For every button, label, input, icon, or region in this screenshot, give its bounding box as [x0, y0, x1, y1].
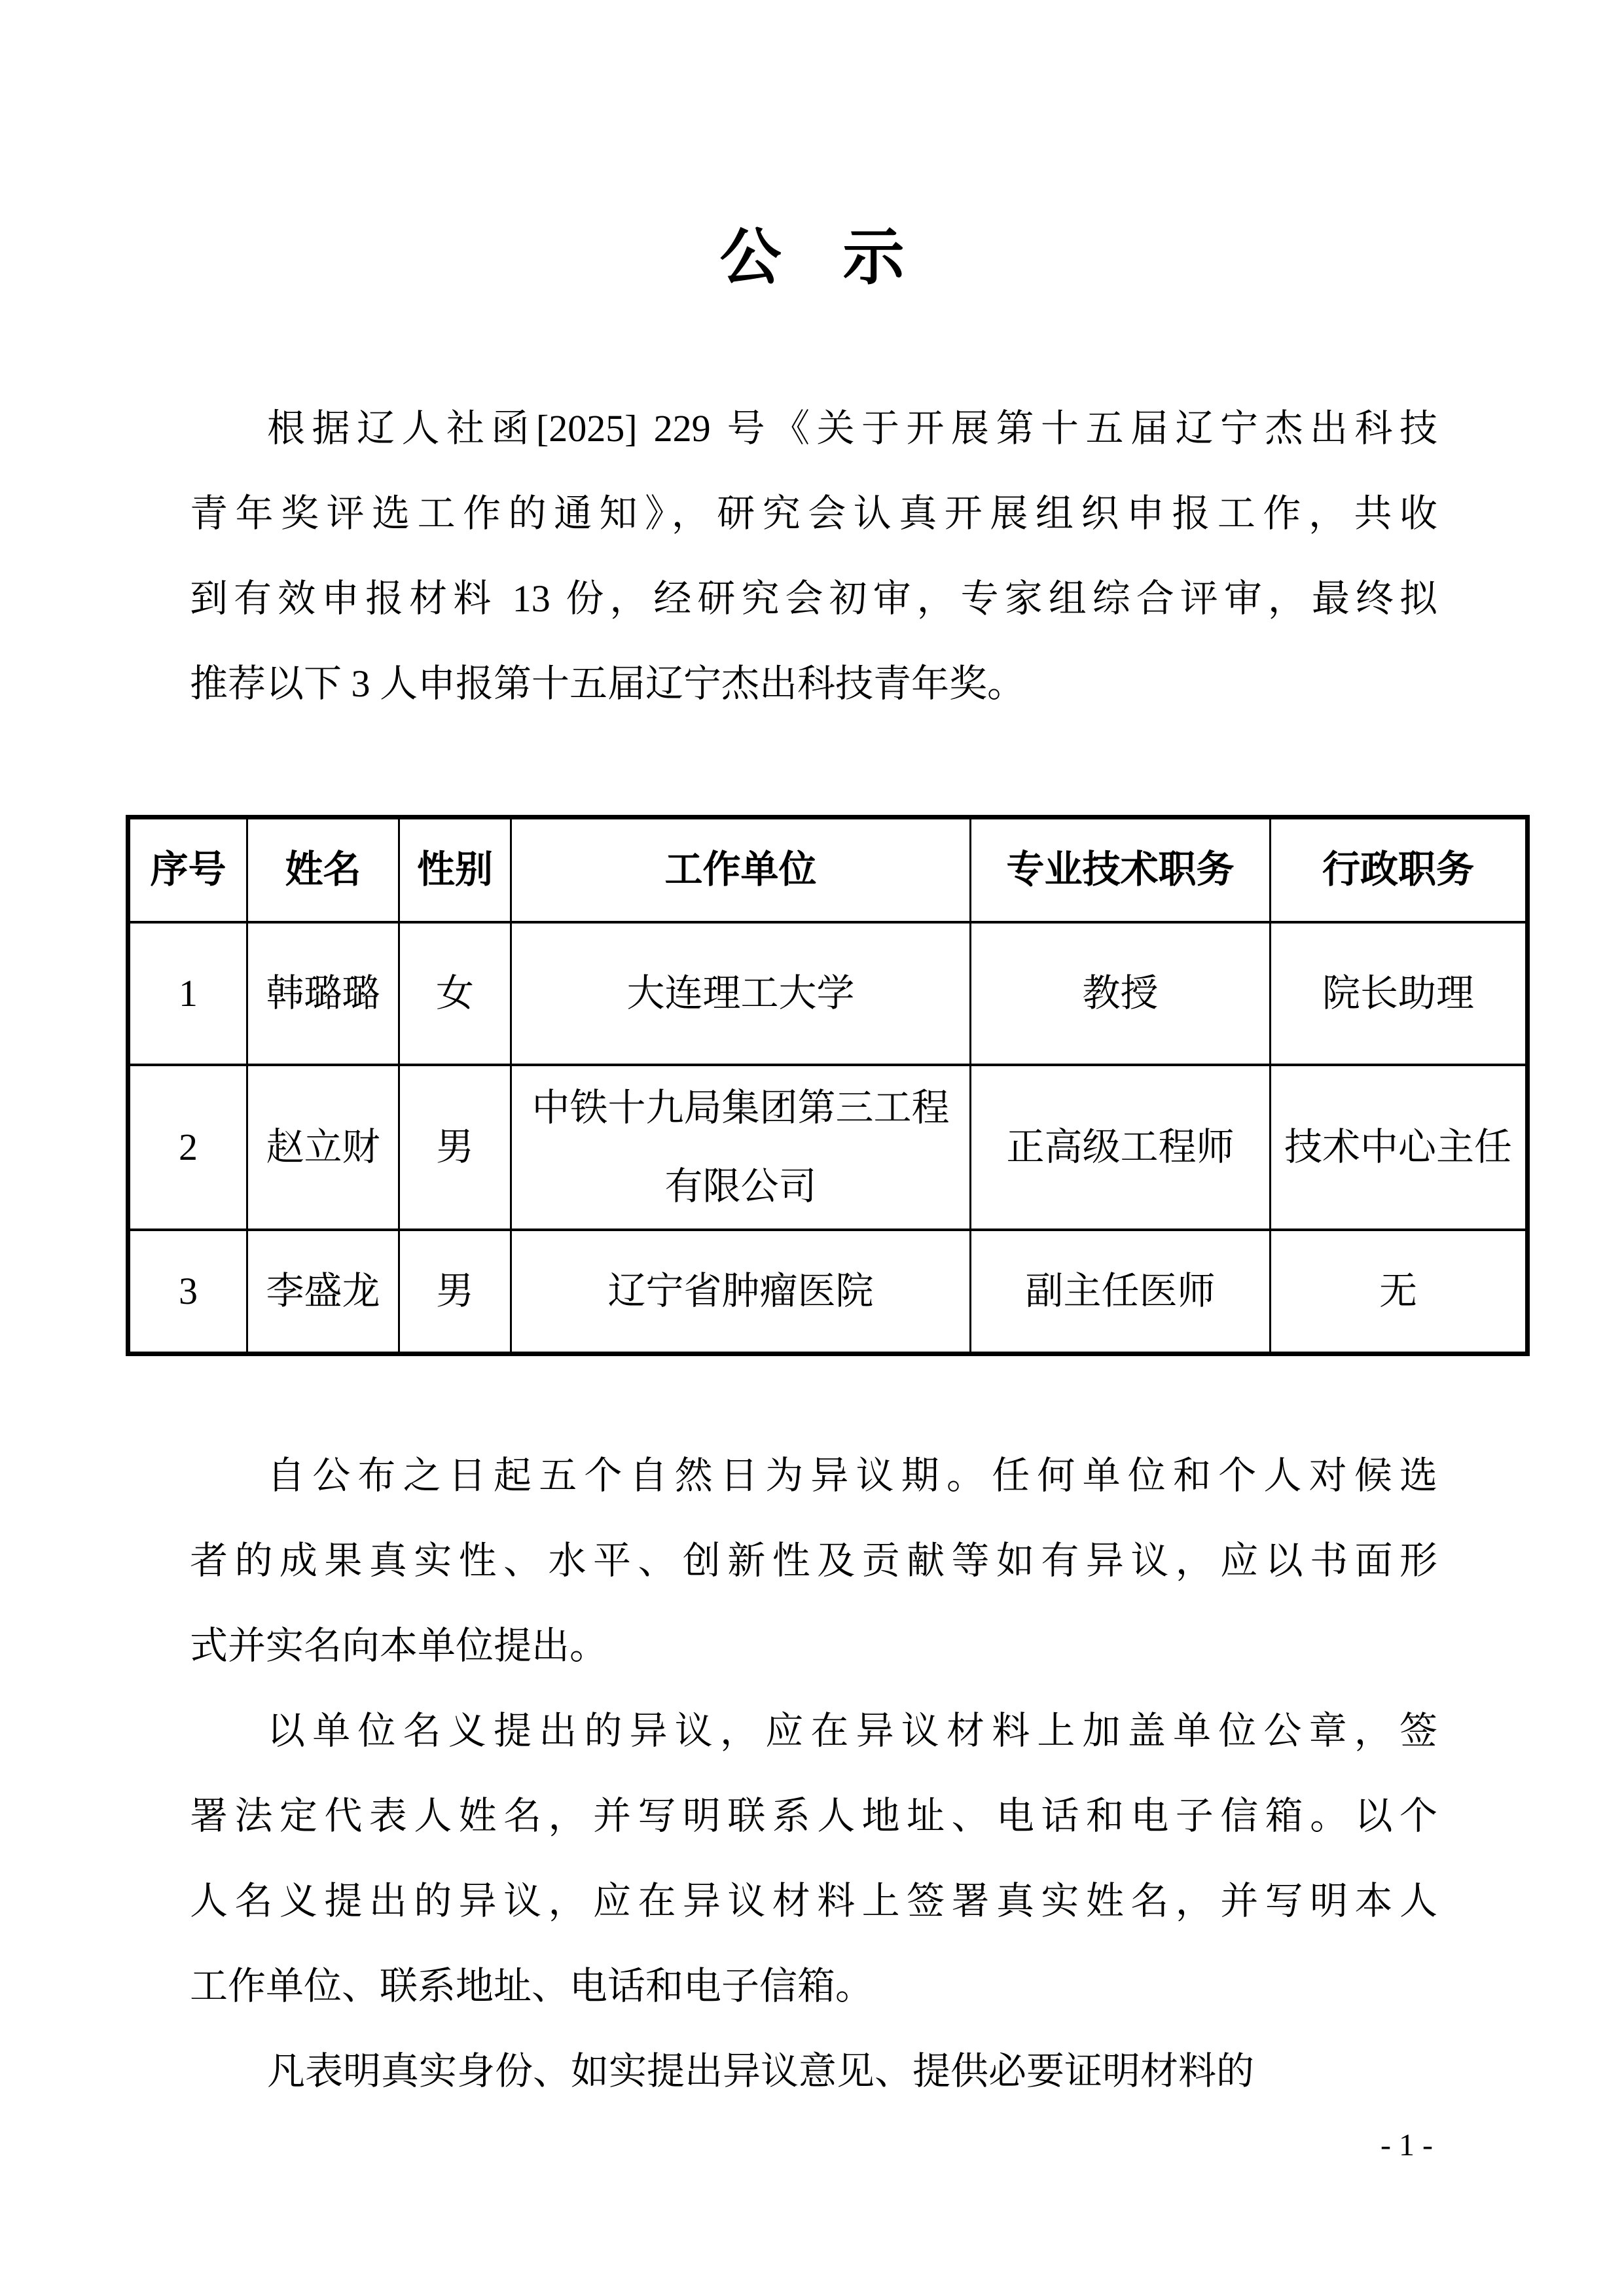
- paragraph-line: 凡表明真实身份、如实提出异议意见、提供必要证明材料的: [190, 2029, 1437, 2114]
- cell-name: 李盛龙: [247, 1230, 399, 1354]
- paragraph-line: 署法定代表人姓名，并写明联系人地址、电话和电子信箱。以个: [190, 1774, 1437, 1859]
- header-cell-gender: 性别: [399, 817, 511, 922]
- cell-no: 2: [128, 1065, 247, 1230]
- paragraph-line: 青年奖评选工作的通知》，研究会认真开展组织申报工作，共收: [190, 471, 1437, 556]
- header-cell-organization: 工作单位: [511, 817, 971, 922]
- table-row: 3 李盛龙 男 辽宁省肿瘤医院 副主任医师 无: [128, 1230, 1528, 1354]
- header-cell-admin-title: 行政职务: [1271, 817, 1528, 922]
- cell-tech-title: 副主任医师: [971, 1230, 1271, 1354]
- page-title: 公 示: [0, 221, 1624, 295]
- paragraph-line: 推荐以下 3 人申报第十五届辽宁杰出科技青年奖。: [190, 641, 1437, 726]
- paragraph-line: 以单位名义提出的异议，应在异议材料上加盖单位公章，签: [190, 1689, 1437, 1774]
- cell-no: 3: [128, 1230, 247, 1354]
- cell-tech-title: 教授: [971, 922, 1271, 1065]
- cell-organization: 中铁十九局集团第三工程有限公司: [511, 1065, 971, 1230]
- paragraph-line: 自公布之日起五个自然日为异议期。任何单位和个人对候选: [190, 1433, 1437, 1518]
- header-cell-name: 姓名: [247, 817, 399, 922]
- cell-gender: 男: [399, 1230, 511, 1354]
- cell-no: 1: [128, 922, 247, 1065]
- page-number: - 1 -: [1380, 2126, 1433, 2165]
- paragraph-line: 式并实名向本单位提出。: [190, 1604, 1437, 1689]
- notice-page: 公 示 根据辽人社函[2025] 229 号《关于开展第十五届辽宁杰出科技 青年…: [0, 0, 1624, 2296]
- cell-gender: 男: [399, 1065, 511, 1230]
- cell-organization: 大连理工大学: [511, 922, 971, 1065]
- table-header-row: 序号 姓名 性别 工作单位 专业技术职务 行政职务: [128, 817, 1528, 922]
- cell-tech-title: 正高级工程师: [971, 1065, 1271, 1230]
- cell-name: 韩璐璐: [247, 922, 399, 1065]
- paragraph-line: 到有效申报材料 13 份，经研究会初审，专家组综合评审，最终拟: [190, 556, 1437, 641]
- cell-gender: 女: [399, 922, 511, 1065]
- cell-organization: 辽宁省肿瘤医院: [511, 1230, 971, 1354]
- header-cell-tech-title: 专业技术职务: [971, 817, 1271, 922]
- body-paragraphs: 自公布之日起五个自然日为异议期。任何单位和个人对候选 者的成果真实性、水平、创新…: [190, 1433, 1437, 2114]
- intro-paragraph: 根据辽人社函[2025] 229 号《关于开展第十五届辽宁杰出科技 青年奖评选工…: [190, 386, 1437, 726]
- paragraph-line: 者的成果真实性、水平、创新性及贡献等如有异议，应以书面形: [190, 1518, 1437, 1604]
- cell-admin-title: 无: [1271, 1230, 1528, 1354]
- paragraph-line: 人名义提出的异议，应在异议材料上签署真实姓名，并写明本人: [190, 1859, 1437, 1944]
- header-cell-no: 序号: [128, 817, 247, 922]
- cell-name: 赵立财: [247, 1065, 399, 1230]
- cell-admin-title: 技术中心主任: [1271, 1065, 1528, 1230]
- cell-admin-title: 院长助理: [1271, 922, 1528, 1065]
- table-row: 2 赵立财 男 中铁十九局集团第三工程有限公司 正高级工程师 技术中心主任: [128, 1065, 1528, 1230]
- candidates-table: 序号 姓名 性别 工作单位 专业技术职务 行政职务 1 韩璐璐 女 大连理工大学…: [126, 815, 1530, 1356]
- table-row: 1 韩璐璐 女 大连理工大学 教授 院长助理: [128, 922, 1528, 1065]
- paragraph-line: 根据辽人社函[2025] 229 号《关于开展第十五届辽宁杰出科技: [190, 386, 1437, 471]
- paragraph-line: 工作单位、联系地址、电话和电子信箱。: [190, 1944, 1437, 2029]
